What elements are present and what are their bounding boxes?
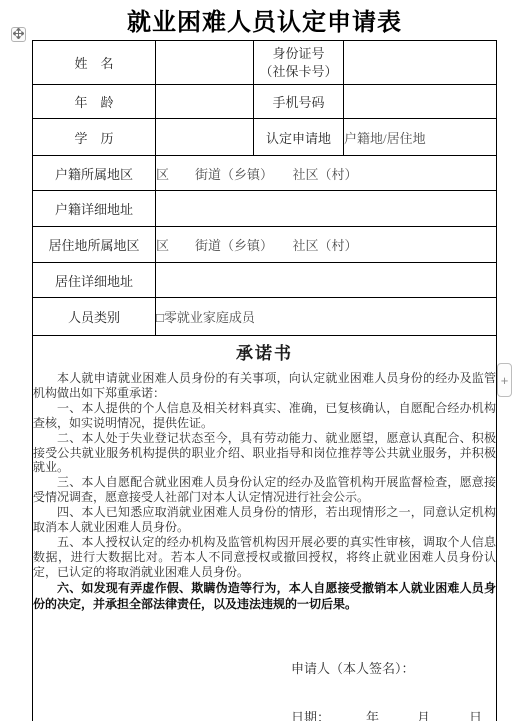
month-label: 月 [417, 710, 430, 721]
name-label: 姓 名 [33, 41, 156, 85]
name-input-cell[interactable] [156, 41, 254, 85]
date-line[interactable]: 日期：年月日 [291, 707, 496, 721]
hukou-region-label: 户籍所属地区 [33, 156, 156, 191]
document-page: 就业困难人员认定申请表 + 姓 名 身份 [0, 0, 529, 721]
age-input-cell[interactable] [156, 85, 254, 119]
id-number-input-cell[interactable] [344, 41, 497, 85]
hukou-address-label: 户籍详细地址 [33, 191, 156, 227]
row-education-applyplace: 学 历 认定申请地 户籍地/居住地 [33, 119, 497, 156]
phone-input-cell[interactable] [344, 85, 497, 119]
apply-place-label: 认定申请地 [254, 119, 344, 156]
row-residence-address: 居住详细地址 [33, 263, 497, 298]
residence-address-label: 居住详细地址 [33, 263, 156, 298]
date-label: 日期： [291, 710, 330, 721]
commitment-cell: 承诺书 本人就申请就业困难人员身份的有关事项，向认定就业困难人员身份的经办及监管… [33, 336, 497, 721]
commitment-intro: 本人就申请就业困难人员身份的有关事项，向认定就业困难人员身份的经办及监管机构做出… [33, 371, 496, 401]
residence-region-input-cell[interactable]: 区 街道（乡镇） 社区（村） [156, 227, 497, 263]
row-hukou-address: 户籍详细地址 [33, 191, 497, 227]
page-title: 就业困难人员认定申请表 [0, 2, 529, 37]
commitment-clause-2: 二、本人处于失业登记状态至今，具有劳动能力、就业愿望，愿意认真配合、积极接受公共… [33, 431, 496, 476]
application-form-table: 姓 名 身份证号 （社保卡号） 年 龄 手机号码 学 历 认定申请地 户籍地/居… [32, 40, 497, 721]
row-age-phone: 年 龄 手机号码 [33, 85, 497, 119]
person-type-checkbox-option[interactable]: □零就业家庭成员 [156, 298, 497, 336]
day-label: 日 [469, 710, 482, 721]
commitment-clause-5: 五、本人授权认定的经办机构及监管机构因开展必要的真实性审核，调取个人信息数据，进… [33, 535, 496, 580]
signature-line[interactable]: 申请人（本人签名）： [291, 658, 496, 677]
commitment-clause-3: 三、本人自愿配合就业困难人员身份认定的经办及监管机构开展监督检查，愿意接受情况调… [33, 475, 496, 505]
hukou-region-input-cell[interactable]: 区 街道（乡镇） 社区（村） [156, 156, 497, 191]
id-label-line1: 身份证号 [254, 45, 343, 63]
table-move-handle[interactable] [11, 27, 26, 42]
commitment-clause-4: 四、本人已知悉应取消就业困难人员身份的情形，若出现情形之一，同意认定机构取消本人… [33, 505, 496, 535]
commitment-clause-6: 六、如发现有弄虚作假、欺瞒伪造等行为，本人自愿接受撤销本人就业困难人员身份的决定… [33, 580, 496, 612]
row-person-type: 人员类别 □零就业家庭成员 [33, 298, 497, 336]
person-type-label: 人员类别 [33, 298, 156, 336]
residence-region-label: 居住地所属地区 [33, 227, 156, 263]
row-commitment: 承诺书 本人就申请就业困难人员身份的有关事项，向认定就业困难人员身份的经办及监管… [33, 336, 497, 721]
move-icon [13, 26, 24, 44]
age-label: 年 龄 [33, 85, 156, 119]
education-input-cell[interactable] [156, 119, 254, 156]
row-hukou-region: 户籍所属地区 区 街道（乡镇） 社区（村） [33, 156, 497, 191]
phone-label: 手机号码 [254, 85, 344, 119]
commitment-title: 承诺书 [33, 339, 496, 364]
row-residence-region: 居住地所属地区 区 街道（乡镇） 社区（村） [33, 227, 497, 263]
id-number-label: 身份证号 （社保卡号） [254, 41, 344, 85]
row-name-id: 姓 名 身份证号 （社保卡号） [33, 41, 497, 85]
plus-icon: + [501, 374, 509, 387]
id-label-line2: （社保卡号） [254, 63, 343, 81]
education-label: 学 历 [33, 119, 156, 156]
apply-place-value[interactable]: 户籍地/居住地 [344, 119, 497, 156]
hukou-address-input-cell[interactable] [156, 191, 497, 227]
commitment-clause-1: 一、本人提供的个人信息及相关材料真实、准确，已复核确认，自愿配合经办机构查核，如… [33, 401, 496, 431]
residence-address-input-cell[interactable] [156, 263, 497, 298]
year-label: 年 [366, 710, 379, 721]
signature-label: 申请人（本人签名）： [291, 661, 415, 676]
expand-plus-button[interactable]: + [497, 363, 512, 397]
